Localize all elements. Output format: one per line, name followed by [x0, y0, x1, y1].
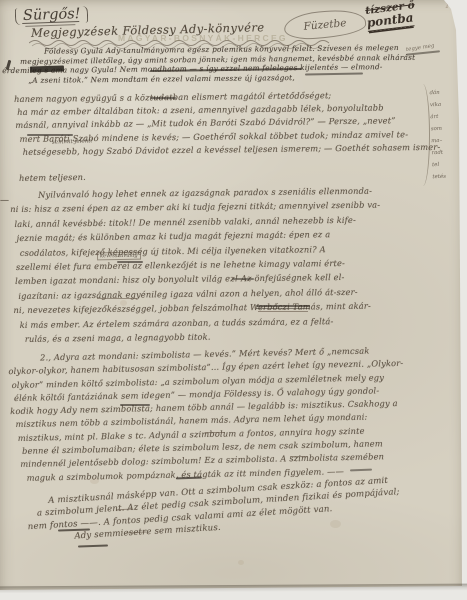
strikethrough-mark	[30, 65, 64, 72]
strikethrough-mark	[78, 544, 108, 547]
strikethrough-mark	[256, 308, 310, 309]
margin-note-word: dán	[429, 87, 443, 99]
margin-notes-column: dán vika árt som ma– radt tel tetés	[429, 87, 446, 183]
paper-edge-shadow	[0, 584, 467, 594]
manuscript-line: rulás, és a zseni maga, a legnagyobb tit…	[25, 328, 382, 347]
margin-bracket	[416, 84, 430, 186]
strikethrough-mark	[120, 404, 150, 406]
interlinear-note: kevésszavúlag	[97, 252, 141, 261]
underline-mark	[97, 298, 137, 299]
margin-note-word: vika	[430, 99, 444, 111]
paragraph-4: A misztikusnál másképp van. Ott a szimbo…	[14, 474, 401, 546]
paper-sheet: Sürgős! Megjegyzések Földessy Ady-könyvé…	[0, 0, 467, 591]
margin-note-word: radt	[431, 147, 445, 159]
circled-note-label: Füzetbe	[303, 17, 347, 33]
strikethrough-mark	[256, 305, 310, 307]
strikethrough-mark	[27, 134, 73, 136]
foxing-spot	[238, 560, 244, 565]
paragraph-3: 2., Adyra azt mondani: szimbolista — kev…	[14, 344, 406, 485]
urgent-annotation: Sürgős!	[15, 6, 89, 26]
margin-note-word: som	[431, 123, 445, 135]
paragraph-1-dense: Földessy Gyula Ady-tanulmányomra egész p…	[14, 43, 416, 86]
page-number: 178	[445, 2, 458, 10]
strikethrough-mark	[232, 278, 254, 280]
margin-note-word: árt	[430, 111, 444, 123]
circled-note: Füzetbe	[283, 7, 367, 41]
margin-note-word: tetés	[432, 171, 446, 183]
manuscript-line: hetem teljesen.	[19, 172, 86, 183]
letterhead-ghost-text: MAGYAR-BOSNYÁK-HERCEG	[118, 33, 288, 43]
underline-mark	[205, 432, 225, 433]
ink-annotation: tízszer ő pontba	[365, 0, 417, 30]
paragraph-2: Nyilvánvaló hogy lehet ennek az igazságn…	[14, 184, 382, 347]
strikethrough-mark	[117, 261, 143, 263]
paragraph-1: hanem nagyon együgyű s a köztudatban eli…	[14, 88, 440, 159]
margin-note-word: tel	[432, 159, 446, 171]
manuscript-scan: Sürgős! Megjegyzések Földessy Ady-könyvé…	[0, 0, 467, 600]
underline-mark	[290, 456, 308, 457]
margin-dash: —	[0, 196, 9, 206]
underline-mark	[258, 311, 308, 312]
margin-note-word: ma–	[431, 135, 445, 147]
